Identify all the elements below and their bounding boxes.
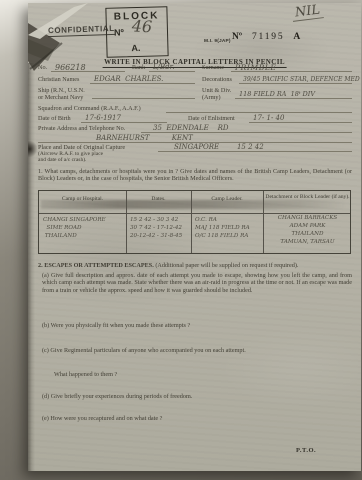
surname-value: PRIMBLE: [235, 64, 277, 71]
block-number-stamp: BLOCK Nº 46 A.: [105, 6, 168, 58]
surname-line: PRIMBLE: [231, 63, 352, 72]
office-reference: M.I. 9(JAP): [204, 39, 231, 44]
christian-names-label: Christian Names: [38, 76, 79, 83]
scanned-document-scene: CONFIDENTIAL BLOCK Nº 46 A. M.I. 9(JAP) …: [0, 0, 362, 480]
enlistment-line: 17- 1- 40: [249, 114, 352, 123]
leader-entry: O.C. RA: [195, 216, 250, 224]
block-stamp-suffix: A.: [131, 43, 140, 53]
question-2c-followup: What happened to them ?: [54, 371, 334, 378]
enlistment-label: Date of Enlistment: [188, 115, 235, 122]
block-no-handwritten-value: 46: [131, 16, 152, 36]
rank-label: Rank: [132, 64, 145, 71]
detachment-entry: THAILAND: [265, 230, 350, 238]
paper: CONFIDENTIAL BLOCK Nº 46 A. M.I. 9(JAP) …: [28, 3, 361, 471]
section-2-note: (Additional paper will be supplied on re…: [154, 262, 299, 269]
christian-names-value: EDGAR CHARLES.: [94, 76, 163, 83]
question-2a: (a) Give full description and approx. da…: [42, 272, 352, 294]
camp-entry: THAILAND: [43, 232, 106, 240]
leader-entry: O/C 118 FIELD RA: [195, 232, 250, 240]
dates-entry: 20-12-42 - 31-8-45: [130, 232, 182, 240]
unit-label-line1: Unit & Div.: [202, 87, 231, 94]
pto-note: P.T.O.: [296, 447, 316, 454]
question-2d: (d) Give briefly your experiences during…: [42, 393, 342, 400]
capture-label: Place and Date of Original Capture: [38, 144, 125, 151]
enlistment-value: 17- 1- 40: [253, 115, 284, 122]
address-label: Private Address and Telephone No.: [38, 125, 125, 132]
table-header-dates: Dates.: [126, 196, 191, 202]
paper-left-shadow: [28, 63, 35, 471]
unit-value: 118 FIELD RA 18ᵗ DIV: [239, 91, 315, 98]
date-of-birth-line: 17-6-1917: [81, 114, 167, 123]
camp-entry: CHANGI SINGAPORE: [43, 216, 106, 224]
christian-names-line: EDGAR CHARLES.: [90, 75, 195, 84]
no-line: 966218: [51, 63, 125, 72]
squadron-line: [166, 104, 352, 113]
rank-value: L/Bdr.: [153, 64, 174, 71]
table-col-camp-entries: CHANGI SINGAPORE SIME ROAD THAILAND: [43, 216, 106, 240]
no-label: No.: [38, 64, 47, 71]
table-col-detachment-entries: CHANGI BARRACKS ADAM PARK THAILAND TAMUA…: [265, 214, 350, 246]
capture-line: SINGAPORE 15 2 42: [158, 143, 352, 152]
decorations-line: 39/45 PACIFIC STAR, DEFENCE MED: [239, 75, 352, 84]
date-of-birth-label: Date of Birth: [38, 115, 71, 122]
decorations-value: 39/45 PACIFIC STAR, DEFENCE MED: [243, 76, 360, 83]
camps-table: Camp or Hospital. Dates. Camp Leader. De…: [38, 190, 351, 254]
question-1-text: 1. What camps, detachments or hospitals …: [38, 168, 352, 183]
date-of-birth-value: 17-6-1917: [85, 115, 121, 122]
capture-sublabel-line2: and date of a/c crash).: [38, 157, 86, 163]
pencil-note: NIL: [291, 2, 324, 22]
question-2c: (c) Give Regimental particulars of anyon…: [42, 347, 342, 354]
serial-no-value: 71195: [252, 32, 284, 42]
dates-entry: 30 7 42 - 17-12-42: [130, 224, 182, 232]
dates-entry: 15 2 42 - 30 3 42: [130, 216, 182, 224]
rank-line: L/Bdr.: [149, 63, 195, 72]
decorations-label: Decorations: [202, 76, 232, 83]
ship-line: [92, 90, 195, 99]
camp-entry: SIME ROAD: [43, 224, 106, 232]
leader-entry: MAJ 118 FIELD RA: [195, 224, 250, 232]
address-line1: 35 EDENDALE RD: [141, 124, 352, 133]
unit-label-line2: (Army): [202, 94, 221, 101]
ship-label-line2: or Merchant Navy: [38, 94, 83, 101]
table-header-leader: Camp Leader.: [191, 196, 263, 202]
table-col-dates-entries: 15 2 42 - 30 3 42 30 7 42 - 17-12-42 20-…: [130, 216, 182, 240]
address-value-line1: 35 EDENDALE RD: [153, 125, 229, 132]
detachment-entry: ADAM PARK: [265, 222, 350, 230]
address-line2: BARNEHURST KENT: [38, 134, 352, 143]
detachment-entry: CHANGI BARRACKS: [265, 214, 350, 222]
capture-value: SINGAPORE 15 2 42: [174, 144, 264, 151]
no-value: 966218: [55, 64, 86, 71]
table-header-camp: Camp or Hospital.: [39, 196, 126, 202]
serial-no-label: Nº: [232, 32, 242, 42]
table-header-detachment: Detachment or Block Leader (if any).: [265, 194, 350, 200]
table-divider-3: [263, 191, 264, 253]
detachment-entry: TAMUAN, TARSAU: [265, 238, 350, 246]
ship-label-line1: Ship (R.N., U.S.N.: [38, 87, 85, 94]
section-2-title: 2. ESCAPES OR ATTEMPTED ESCAPES.: [38, 262, 154, 269]
unit-line: 118 FIELD RA 18ᵗ DIV: [235, 90, 352, 99]
serial-number: Nº71195A: [232, 32, 300, 42]
surname-label: Surname: [202, 64, 224, 71]
question-2e: (e) How were you recaptured and on what …: [42, 415, 342, 422]
question-2b: (b) Were you physically fit when you mad…: [42, 322, 342, 329]
ink-blot: [28, 141, 37, 157]
serial-no-suffix: A: [293, 32, 300, 42]
squadron-label: Squadron and Command (R.A.F., A.A.F.): [38, 105, 141, 112]
block-no-label: Nº: [114, 27, 124, 37]
section-2-heading: 2. ESCAPES OR ATTEMPTED ESCAPES. (Additi…: [38, 262, 352, 269]
address-value-line2: BARNEHURST KENT: [96, 135, 193, 142]
table-col-leader-entries: O.C. RA MAJ 118 FIELD RA O/C 118 FIELD R…: [195, 216, 250, 240]
